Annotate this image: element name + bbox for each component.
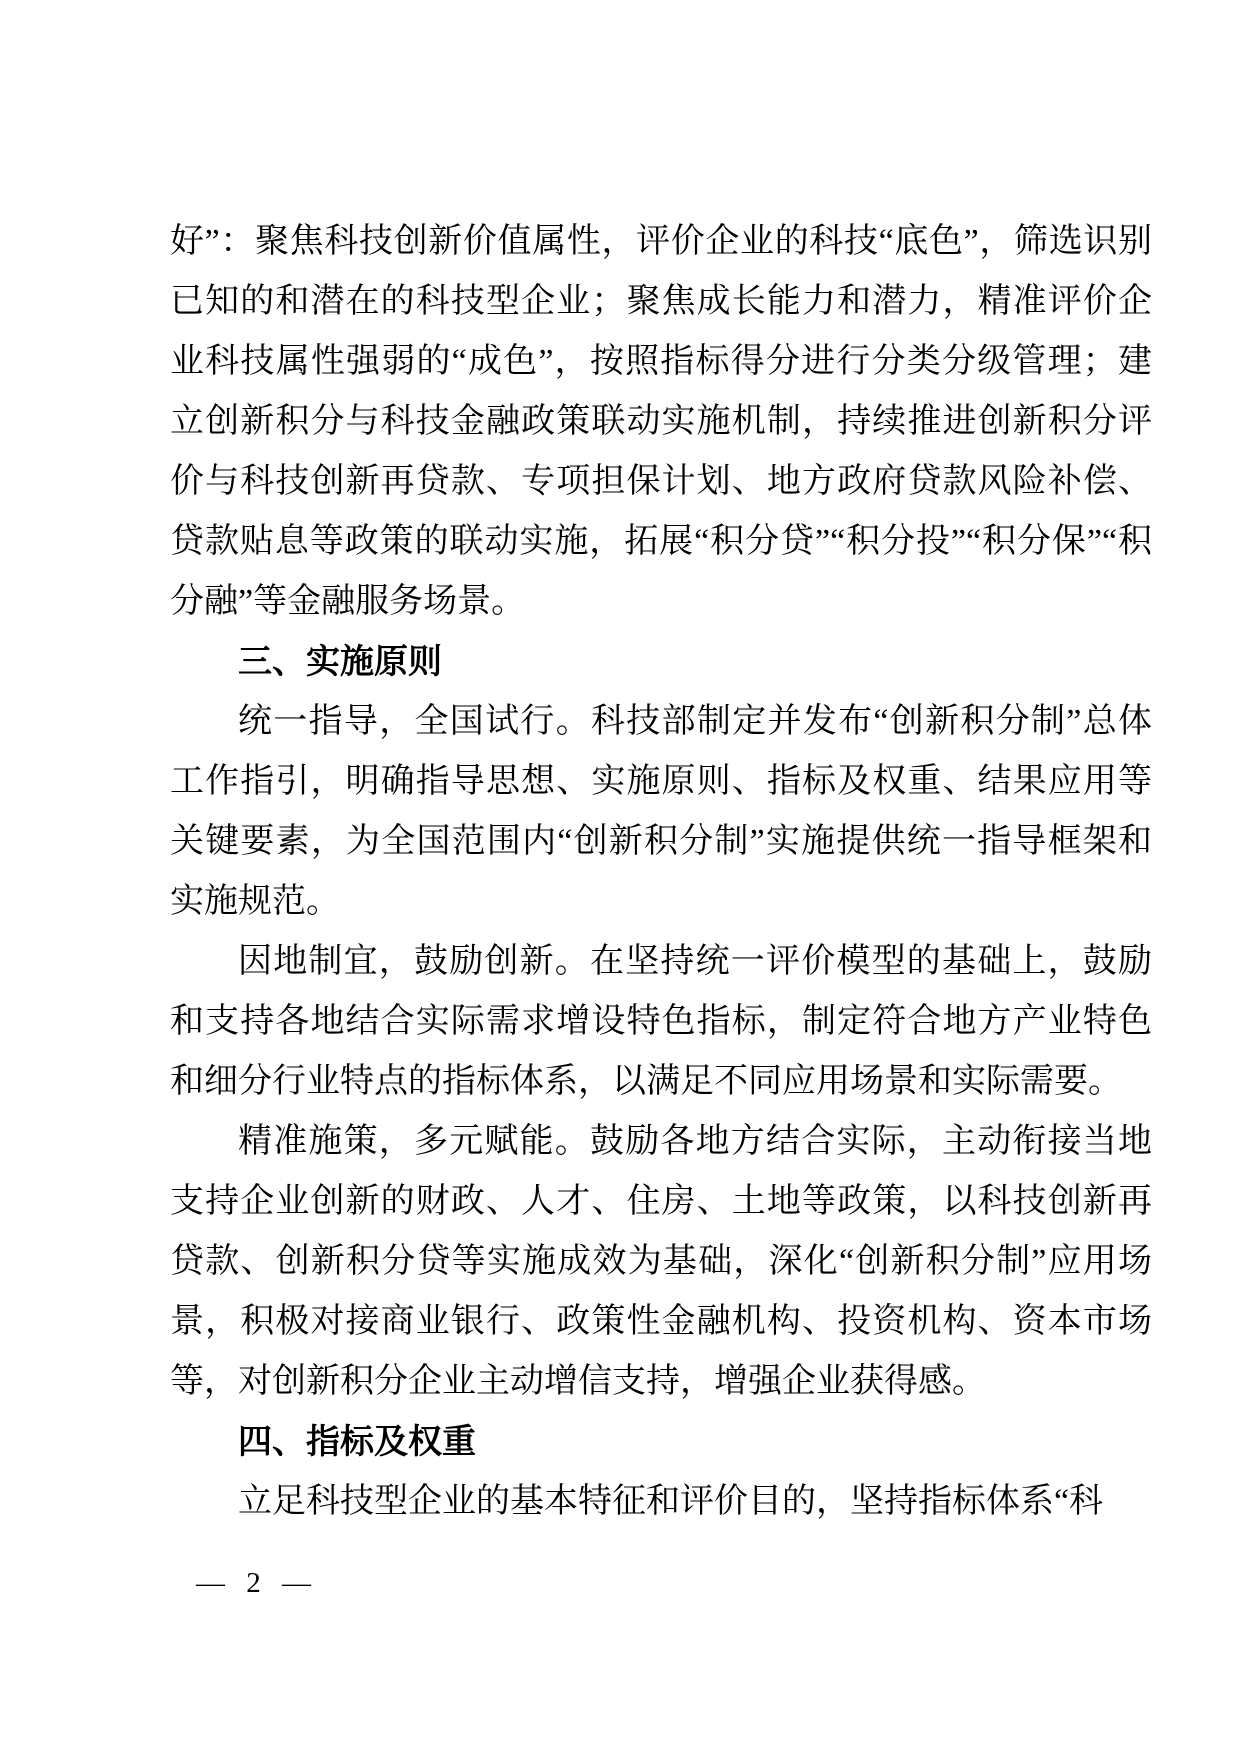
paragraph-unified-guidance: 统一指导，全国试行。科技部制定并发布“创新积分制”总体工作指引，明确指导思想、实…	[170, 692, 1152, 932]
document-body: 好”：聚焦科技创新价值属性，评价企业的科技“底色”，筛选识别已知的和潜在的科技型…	[170, 212, 1152, 1532]
paragraph-continuation: 好”：聚焦科技创新价值属性，评价企业的科技“底色”，筛选识别已知的和潜在的科技型…	[170, 212, 1152, 632]
paragraph-local-adaptation: 因地制宜，鼓励创新。在坚持统一评价模型的基础上，鼓励和支持各地结合实际需求增设特…	[170, 932, 1152, 1112]
paragraph-precise-policy: 精准施策，多元赋能。鼓励各地方结合实际，主动衔接当地支持企业创新的财政、人才、住…	[170, 1112, 1152, 1412]
page-number: — 2 —	[196, 1566, 318, 1600]
paragraph-indicator-intro: 立足科技型企业的基本特征和评价目的，坚持指标体系“科	[170, 1472, 1152, 1532]
section-heading-3: 三、实施原则	[170, 632, 1152, 692]
document-page: 好”：聚焦科技创新价值属性，评价企业的科技“底色”，筛选识别已知的和潜在的科技型…	[0, 0, 1240, 1754]
section-heading-4: 四、指标及权重	[170, 1412, 1152, 1472]
